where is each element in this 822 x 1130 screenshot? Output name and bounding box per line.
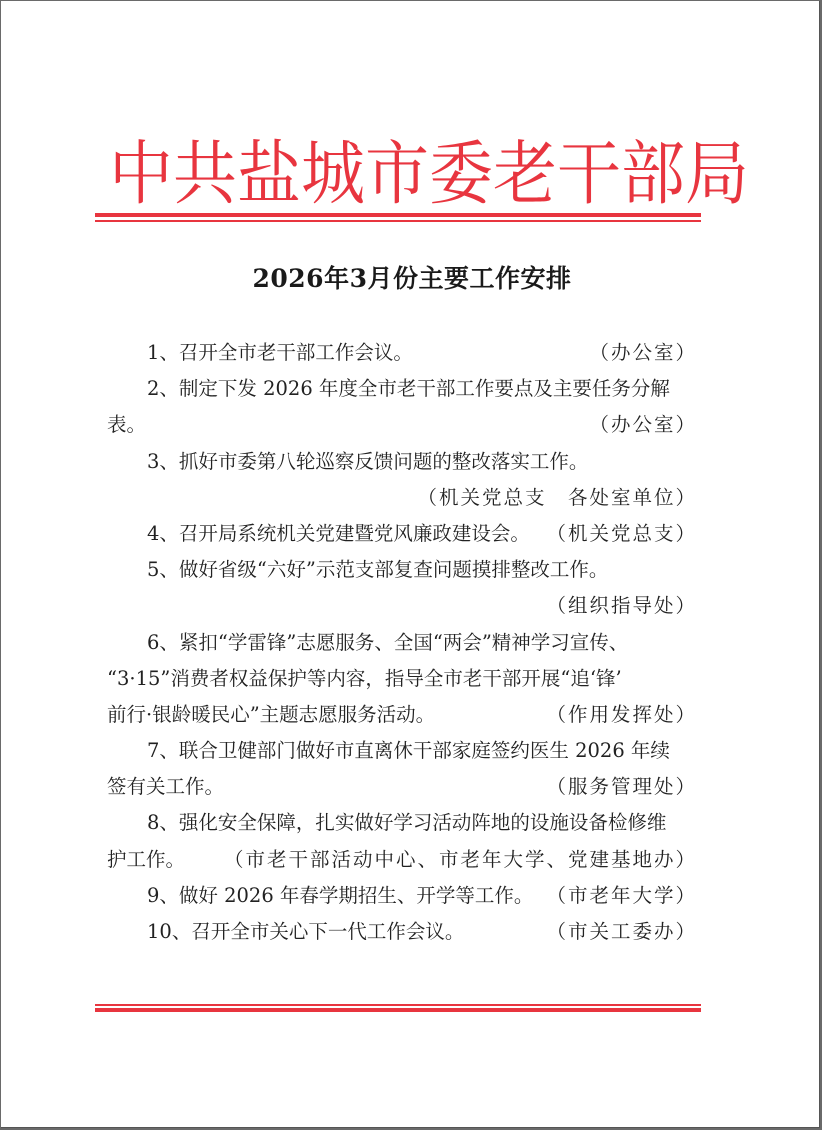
masthead-char: 市	[365, 132, 429, 218]
work-item: 5、做好省级“六好”示范支部复查问题摸排整改工作。（组织指导处）	[107, 552, 697, 624]
responsible-department: （市老年大学）	[546, 878, 697, 914]
work-item-line: （组织指导处）	[107, 588, 697, 624]
work-item-text: “3·15”消费者权益保护等内容，指导全市老干部开展“追‘锋’	[107, 667, 622, 690]
work-item: 10、召开全市关心下一代工作会议。（市关工委办）	[107, 914, 697, 950]
footer-rule-thin	[95, 1004, 701, 1006]
masthead-char: 干	[557, 132, 621, 218]
masthead-char: 委	[429, 132, 493, 218]
header-rule-thin	[95, 220, 701, 222]
work-item: 1、召开全市老干部工作会议。（办公室）	[107, 335, 697, 371]
masthead-char: 城	[301, 132, 365, 218]
work-item-line: 8、强化安全保障，扎实做好学习活动阵地的设施设备检修维	[107, 805, 697, 841]
work-item-line: 护工作。（市老干部活动中心、市老年大学、党建基地办）	[107, 842, 697, 878]
work-item-line: 3、抓好市委第八轮巡察反馈问题的整改落实工作。	[107, 444, 697, 480]
header-rule-thick	[95, 213, 701, 217]
work-item-text: 护工作。	[107, 848, 185, 871]
work-item-text: 3、抓好市委第八轮巡察反馈问题的整改落实工作。	[147, 450, 588, 473]
work-item: 4、召开局系统机关党建暨党风廉政建设会。（机关党总支）	[107, 516, 697, 552]
work-item: 9、做好 2026 年春学期招生、开学等工作。（市老年大学）	[107, 878, 697, 914]
work-item-text: 前行·银龄暖民心”主题志愿服务活动。	[107, 703, 435, 726]
responsible-department: （市关工委办）	[546, 914, 697, 950]
work-item-text: 10、召开全市关心下一代工作会议。	[147, 920, 464, 943]
masthead-title: 中共盐城市委老干部局	[109, 135, 689, 215]
masthead-char: 盐	[237, 132, 301, 218]
masthead-char: 部	[621, 132, 685, 218]
responsible-department: （服务管理处）	[546, 769, 697, 805]
work-item-text: 5、做好省级“六好”示范支部复查问题摸排整改工作。	[147, 558, 608, 581]
masthead-char: 中	[109, 132, 173, 218]
work-item-text: 2、制定下发 2026 年度全市老干部工作要点及主要任务分解	[147, 377, 670, 400]
responsible-department: （组织指导处）	[546, 588, 697, 624]
work-item: 6、紧扣“学雷锋”志愿服务、全国“两会”精神学习宣传、“3·15”消费者权益保护…	[107, 625, 697, 734]
work-item-text: 8、强化安全保障，扎实做好学习活动阵地的设施设备检修维	[147, 811, 666, 834]
masthead-char: 局	[685, 132, 749, 218]
work-item-line: 6、紧扣“学雷锋”志愿服务、全国“两会”精神学习宣传、	[107, 625, 697, 661]
responsible-department: （作用发挥处）	[546, 697, 697, 733]
work-item: 8、强化安全保障，扎实做好学习活动阵地的设施设备检修维护工作。（市老干部活动中心…	[107, 805, 697, 877]
work-item-text: 6、紧扣“学雷锋”志愿服务、全国“两会”精神学习宣传、	[147, 631, 628, 654]
work-item-line: （机关党总支 各处室单位）	[107, 480, 697, 516]
responsible-department: （市老干部活动中心、市老年大学、党建基地办）	[224, 842, 697, 878]
responsible-department: （机关党总支 各处室单位）	[417, 480, 697, 516]
work-item-line: “3·15”消费者权益保护等内容，指导全市老干部开展“追‘锋’	[107, 661, 697, 697]
work-item-line: 7、联合卫健部门做好市直离休干部家庭签约医生 2026 年续	[107, 733, 697, 769]
work-item-line: 9、做好 2026 年春学期招生、开学等工作。（市老年大学）	[107, 878, 697, 914]
work-item-line: 1、召开全市老干部工作会议。（办公室）	[107, 335, 697, 371]
work-item-text: 4、召开局系统机关党建暨党风廉政建设会。	[147, 522, 530, 545]
work-item-text: 9、做好 2026 年春学期招生、开学等工作。	[147, 884, 533, 907]
document-title: 2026年3月份主要工作安排	[1, 259, 822, 295]
work-item-line: 前行·银龄暖民心”主题志愿服务活动。（作用发挥处）	[107, 697, 697, 733]
work-item-text: 1、召开全市老干部工作会议。	[147, 341, 413, 364]
responsible-department: （机关党总支）	[546, 516, 697, 552]
work-item-line: 2、制定下发 2026 年度全市老干部工作要点及主要任务分解	[107, 371, 697, 407]
document-page: 中共盐城市委老干部局 2026年3月份主要工作安排 1、召开全市老干部工作会议。…	[1, 1, 820, 1128]
work-item: 7、联合卫健部门做好市直离休干部家庭签约医生 2026 年续签有关工作。（服务管…	[107, 733, 697, 805]
responsible-department: （办公室）	[589, 335, 697, 371]
work-item-line: 表。（办公室）	[107, 407, 697, 443]
work-item-line: 签有关工作。（服务管理处）	[107, 769, 697, 805]
work-item: 2、制定下发 2026 年度全市老干部工作要点及主要任务分解表。（办公室）	[107, 371, 697, 443]
work-item-text: 签有关工作。	[107, 775, 224, 798]
work-item-text: 7、联合卫健部门做好市直离休干部家庭签约医生 2026 年续	[147, 739, 670, 762]
work-item: 3、抓好市委第八轮巡察反馈问题的整改落实工作。（机关党总支 各处室单位）	[107, 444, 697, 516]
masthead-char: 老	[493, 132, 557, 218]
work-item-line: 10、召开全市关心下一代工作会议。（市关工委办）	[107, 914, 697, 950]
work-item-line: 5、做好省级“六好”示范支部复查问题摸排整改工作。	[107, 552, 697, 588]
footer-rule-thick	[95, 1008, 701, 1012]
work-item-line: 4、召开局系统机关党建暨党风廉政建设会。（机关党总支）	[107, 516, 697, 552]
work-item-text: 表。	[107, 413, 146, 436]
work-item-list: 1、召开全市老干部工作会议。（办公室）2、制定下发 2026 年度全市老干部工作…	[107, 335, 697, 950]
masthead-char: 共	[173, 132, 237, 218]
responsible-department: （办公室）	[589, 407, 697, 443]
